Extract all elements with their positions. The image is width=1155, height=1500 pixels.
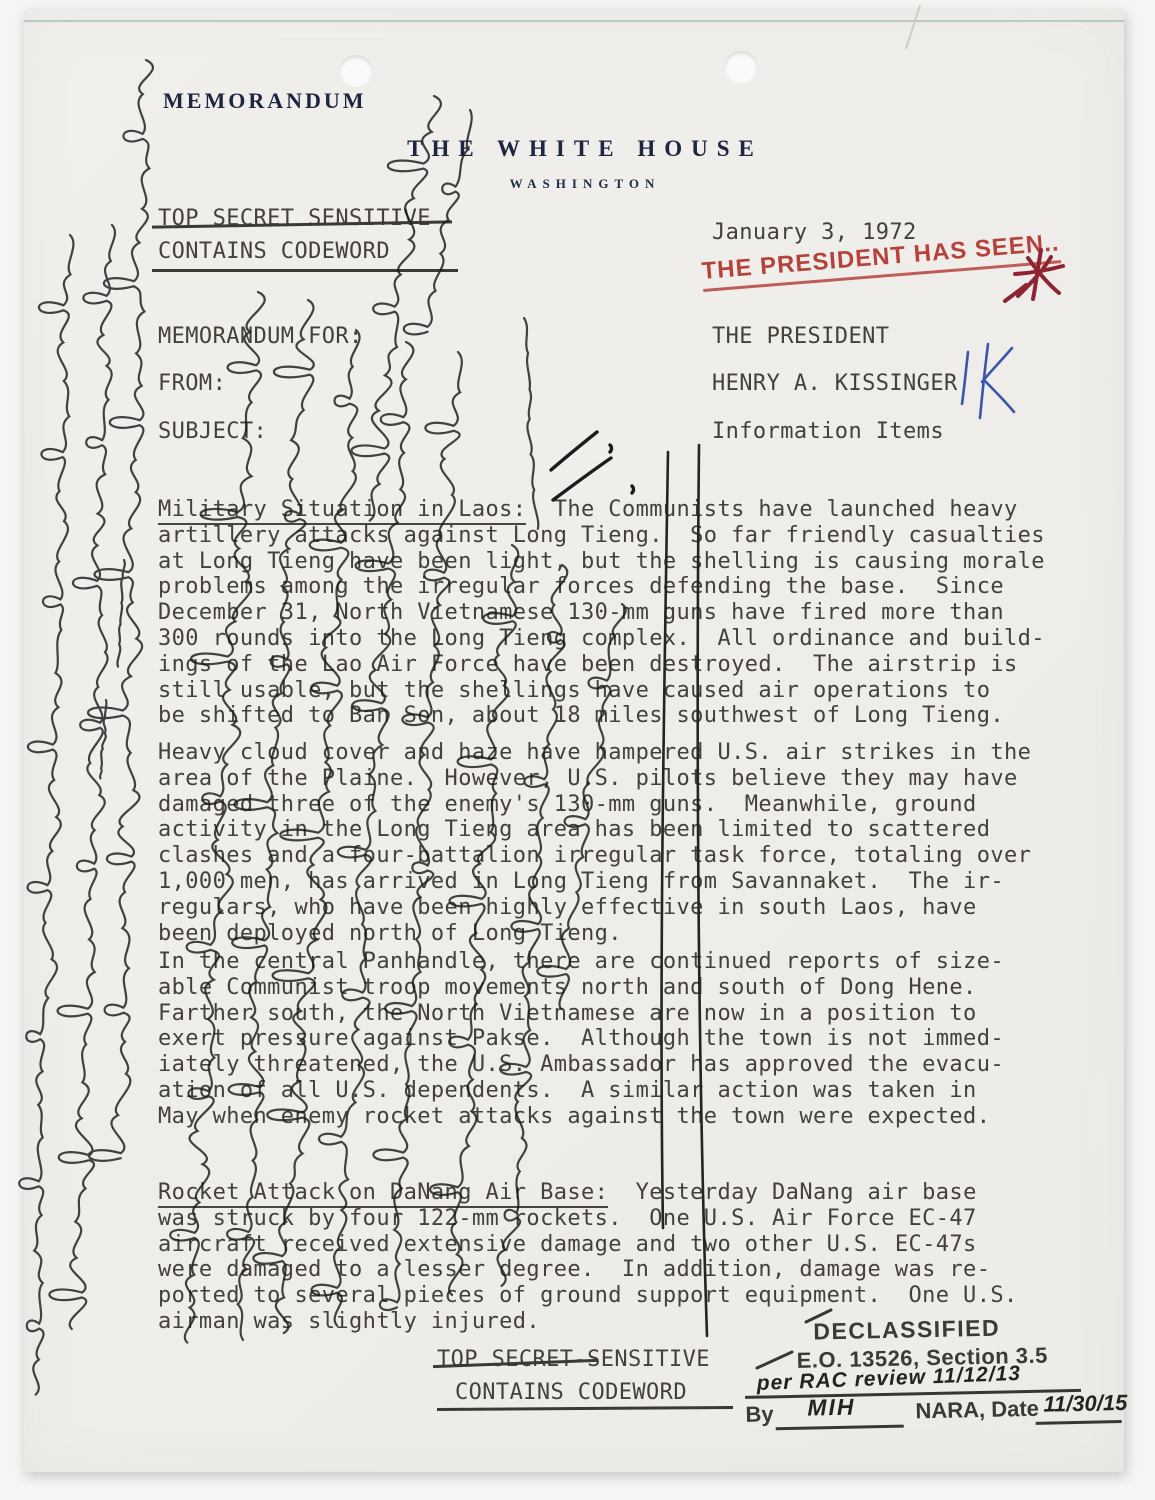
section-heading-laos: Military Situation in Laos: (158, 497, 526, 525)
classification-struck-text: TOP SECRET (437, 1347, 573, 1372)
subject-label: SUBJECT: (158, 419, 267, 444)
memo-for-label: MEMORANDUM FOR: (158, 324, 363, 349)
paragraph-danang: Rocket Attack on DaNang Air Base: Yester… (158, 1180, 1018, 1335)
punch-hole-icon (724, 51, 758, 83)
declassified-stamp: DECLASSIFIED E.O. 13526, Section 3.5 per… (741, 1312, 1122, 1375)
punch-hole-icon (339, 55, 373, 87)
paragraph-panhandle: In the central Panhandle, there are cont… (158, 949, 1004, 1130)
paragraph-text: Yesterday DaNang air base (608, 1180, 976, 1205)
handwritten-initials: MIH (807, 1394, 856, 1422)
subject-value: Information Items (712, 419, 944, 444)
declassified-title: DECLASSIFIED (741, 1313, 1071, 1347)
underline-mark (152, 269, 458, 272)
memorandum-label: MEMORANDUM (163, 88, 367, 114)
handwritten-date: 11/30/15 (1043, 1390, 1128, 1418)
letterhead: THE WHITE HOUSE WASHINGTON (275, 136, 895, 192)
section-heading-danang: Rocket Attack on DaNang Air Base: (158, 1180, 608, 1208)
scanned-memo-page: { "colors": { "paper": "#f0eeea", "typed… (0, 0, 1155, 1500)
paragraph-text: artillery attacks against Long Tieng. So… (158, 523, 1045, 729)
paragraph-laos: Military Situation in Laos: The Communis… (158, 497, 1045, 729)
paragraph-text: was struck by four 122-mm rockets. One U… (158, 1206, 1018, 1334)
by-label: By (745, 1401, 774, 1428)
letterhead-city: WASHINGTON (275, 176, 895, 192)
memo-date: January 3, 1972 (712, 220, 917, 245)
nara-date-label: NARA, Date (915, 1396, 1039, 1425)
scan-edge-line (24, 20, 1124, 22)
from-label: FROM: (158, 371, 226, 396)
from-value: HENRY A. KISSINGER (712, 371, 958, 396)
paragraph-air-strikes: Heavy cloud cover and haze have hampered… (158, 740, 1031, 946)
classification-top-line2: CONTAINS CODEWORD (158, 239, 390, 264)
classification-kept-text: SENSITIVE (294, 206, 430, 231)
letterhead-title: THE WHITE HOUSE (275, 136, 895, 162)
paragraph-text: The Communists have launched heavy (526, 497, 1017, 522)
to-value: THE PRESIDENT (712, 324, 889, 349)
classification-bottom-line2: CONTAINS CODEWORD (455, 1380, 687, 1405)
